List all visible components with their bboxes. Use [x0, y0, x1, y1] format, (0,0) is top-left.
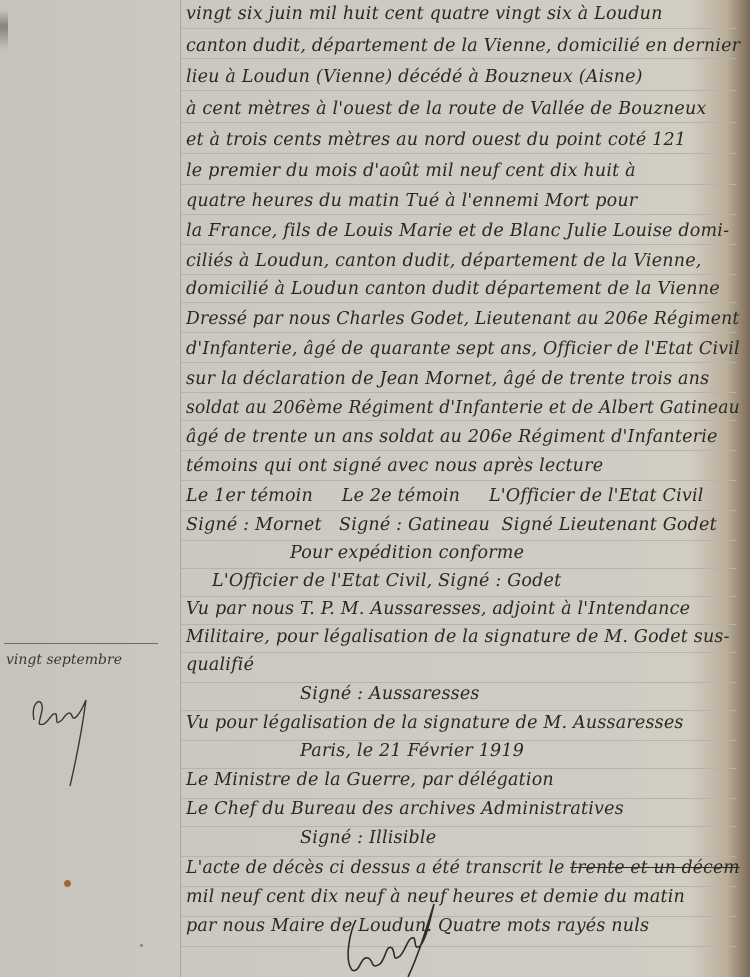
ruled-line [180, 946, 736, 947]
ruled-line [180, 28, 736, 29]
ruled-line [180, 122, 736, 123]
ruled-line [180, 768, 736, 769]
conforme-line: Pour expédition conforme [290, 543, 524, 563]
ruled-line [180, 624, 736, 625]
ruled-line [180, 682, 736, 683]
body-line: la France, fils de Louis Marie et de Bla… [186, 221, 729, 241]
ruled-line [180, 244, 736, 245]
vu-line-3: qualifié [186, 655, 254, 675]
body-line: à cent mètres à l'ouest de la route de V… [186, 99, 706, 119]
ruled-line [180, 302, 736, 303]
binding-mark [0, 10, 8, 50]
paper-speck [140, 944, 143, 947]
body-line: canton dudit, département de la Vienne, … [186, 36, 740, 56]
witness-header-line: Le 1er témoin Le 2e témoin L'Officier de… [186, 486, 704, 506]
body-line: âgé de trente un ans soldat au 206e Régi… [186, 427, 718, 447]
margin-note: vingt septembre [6, 652, 122, 668]
vu-line-2: Militaire, pour légalisation de la signa… [186, 627, 730, 647]
paper-stain [64, 880, 71, 887]
ruled-line [180, 652, 736, 653]
margin-rule [180, 0, 181, 977]
ruled-line [180, 362, 736, 363]
ruled-line [180, 184, 736, 185]
ruled-line [180, 153, 736, 154]
chef-line: Le Chef du Bureau des archives Administr… [186, 799, 624, 819]
witness-signed-line: Signé : Mornet Signé : Gatineau Signé Li… [186, 515, 717, 535]
aussaresses-signed-line: Signé : Aussaresses [300, 684, 480, 704]
body-line: ciliés à Loudun, canton dudit, départeme… [186, 251, 702, 271]
body-line: d'Infanterie, âgé de quarante sept ans, … [186, 339, 740, 359]
ruled-line [180, 480, 736, 481]
ruled-line [180, 332, 736, 333]
ruled-line [180, 540, 736, 541]
margin-divider [4, 643, 158, 644]
body-line: quatre heures du matin Tué à l'ennemi Mo… [186, 191, 637, 211]
ruled-line [180, 214, 736, 215]
body-line: témoins qui ont signé avec nous après le… [186, 456, 603, 476]
illegible-signed-line: Signé : Illisible [300, 828, 436, 848]
body-line: et à trois cents mètres au nord ouest du… [186, 130, 686, 150]
ruled-line [180, 856, 736, 857]
vu-line-1: Vu par nous T. P. M. Aussaresses, adjoin… [186, 599, 690, 619]
mayor-signature-icon [330, 900, 450, 977]
ruled-line [180, 392, 736, 393]
ruled-line [180, 710, 736, 711]
vu-legal-line: Vu pour légalisation de la signature de … [186, 713, 684, 733]
minister-line: Le Ministre de la Guerre, par délégation [186, 770, 554, 790]
ruled-line [180, 450, 736, 451]
body-line: le premier du mois d'août mil neuf cent … [186, 161, 636, 181]
body-line: vingt six juin mil huit cent quatre ving… [186, 4, 663, 24]
ruled-line [180, 596, 736, 597]
body-line: soldat au 206ème Régiment d'Infanterie e… [186, 398, 740, 418]
body-line: lieu à Loudun (Vienne) décédé à Bouzneux… [186, 67, 643, 87]
transcription-prefix: L'acte de décès ci dessus a été transcri… [186, 858, 570, 878]
ruled-line [180, 568, 736, 569]
ruled-line [180, 826, 736, 827]
body-line: domicilié à Loudun canton dudit départem… [186, 279, 720, 299]
ruled-line [180, 420, 736, 421]
body-line: Dressé par nous Charles Godet, Lieutenan… [186, 309, 739, 329]
ruled-line [180, 510, 736, 511]
body-line: sur la déclaration de Jean Mornet, âgé d… [186, 369, 709, 389]
ruled-line [180, 58, 736, 59]
struck-words: trente et un décem [570, 858, 740, 878]
place-date-line: Paris, le 21 Février 1919 [300, 741, 524, 761]
ruled-line [180, 90, 736, 91]
margin-paraph-icon [30, 690, 100, 790]
ruled-line [180, 274, 736, 275]
transcription-line-1: L'acte de décès ci dessus a été transcri… [186, 858, 740, 878]
document-page: vingt six juin mil huit cent quatre ving… [0, 0, 750, 977]
officer-signed-line: L'Officier de l'Etat Civil, Signé : Gode… [212, 571, 561, 591]
